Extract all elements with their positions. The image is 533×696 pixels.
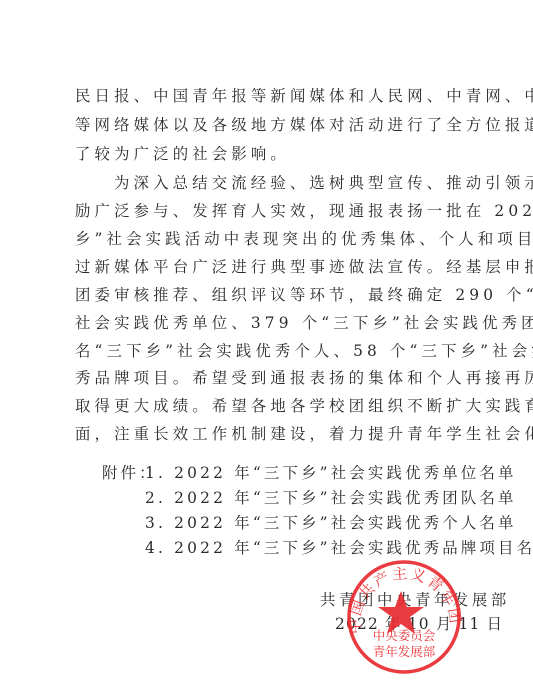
text-line: 了较为广泛的社会影响。: [75, 144, 469, 164]
svg-text:青年发展部: 青年发展部: [373, 644, 436, 659]
text-line: 过新媒体平台广泛进行典型事迹做法宣传。经基层申报、省级: [75, 257, 469, 277]
text-line: 取得更大成绩。希望各地各学校团组织不断扩大实践育人覆盖: [75, 396, 469, 416]
text-line: 秀品牌项目。希望受到通报表扬的集体和个人再接再厉，不断: [75, 368, 469, 388]
svg-text:中央委员会: 中央委员会: [373, 628, 436, 643]
official-seal: 中国共产主义青年团 中央委员会 青年发展部: [340, 555, 470, 685]
text-line: 民日报、中国青年报等新闻媒体和人民网、中青网、中青在线: [75, 86, 469, 106]
text-line: 名“三下乡”社会实践优秀个人、58 个“三下乡”社会实践优: [75, 341, 469, 361]
attachment-item: 3. 2022 年“三下乡”社会实践优秀个人名单: [145, 513, 517, 533]
text-line: 励广泛参与、发挥育人实效，现通报表扬一批在 2022 年“三下: [75, 201, 469, 221]
attachment-item: 1. 2022 年“三下乡”社会实践优秀单位名单: [145, 463, 517, 483]
seal-icon: 中国共产主义青年团 中央委员会 青年发展部: [340, 555, 470, 685]
text-line: 等网络媒体以及各级地方媒体对活动进行了全方位报道，产生: [75, 115, 469, 135]
text-line: 社会实践优秀单位、379 个“三下乡”社会实践优秀团队、198: [75, 313, 469, 333]
attachment-item: 4. 2022 年“三下乡”社会实践优秀品牌项目名单: [145, 538, 533, 558]
attachment-item: 2. 2022 年“三下乡”社会实践优秀团队名单: [145, 488, 517, 508]
text-line: 为深入总结交流经验、选树典型宣传、推动引领示范、激: [114, 173, 469, 193]
text-line: 乡”社会实践活动中表现突出的优秀集体、个人和项目，并通: [75, 229, 469, 249]
text-line: 团委审核推荐、组织评议等环节，最终确定 290 个“三下乡”: [75, 285, 469, 305]
text-line: 面，注重长效工作机制建设，着力提升青年学生社会化能力，: [75, 424, 469, 444]
